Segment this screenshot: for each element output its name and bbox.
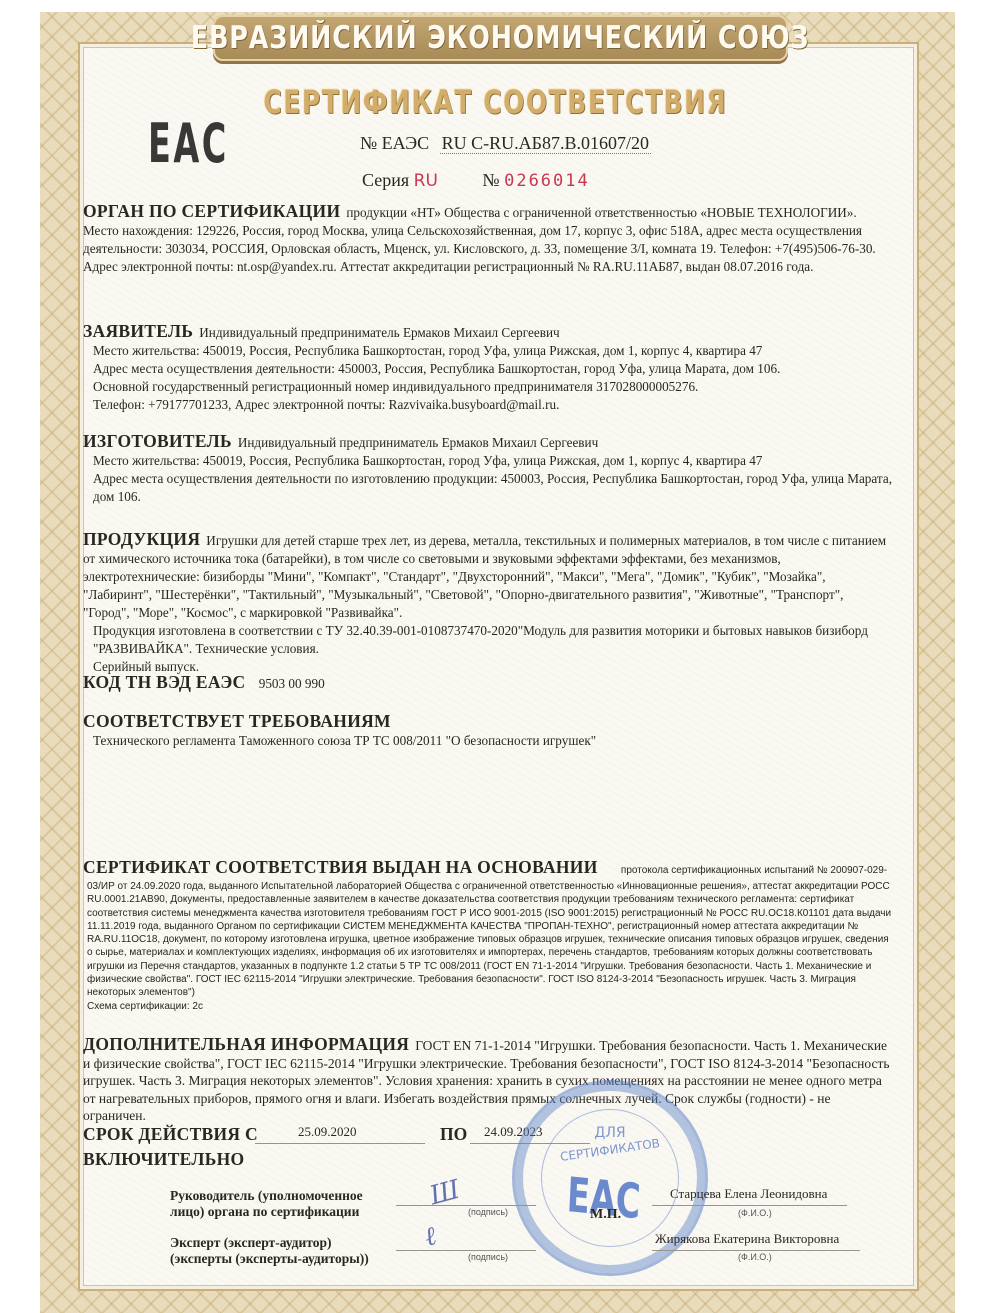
head-label-line2: лицо) органа по сертификации [170,1204,363,1220]
product-spec: Продукция изготовлена в соответствии с Т… [93,622,893,658]
complies-text: Технического регламента Таможенного союз… [83,732,893,750]
eac-logo-icon: ЕАС [148,112,229,175]
head-label-line1: Руководитель (уполномоченное [170,1188,363,1204]
validity-to-label: ПО [440,1124,467,1145]
validity-inclusive-label: ВКЛЮЧИТЕЛЬНО [83,1149,244,1169]
expert-signature-line [396,1250,536,1251]
section-complies: СООТВЕТСТВУЕТ ТРЕБОВАНИЯМ Технического р… [83,712,893,750]
series-value: RU [414,171,438,191]
applicant-line: Телефон: +79177701233, Адрес электронной… [93,396,893,414]
section-heading: ИЗГОТОВИТЕЛЬ [83,431,232,451]
section-heading: ОРГАН ПО СЕРТИФИКАЦИИ [83,201,340,221]
union-banner: ЕВРАЗИЙСКИЙ ЭКОНОМИЧЕСКИЙ СОЮЗ [213,15,788,61]
union-name: ЕВРАЗИЙСКИЙ ЭКОНОМИЧЕСКИЙ СОЮЗ [191,20,809,56]
expert-label-line2: (эксперты (эксперты-аудиторы)) [170,1251,369,1267]
section-heading: ПРОДУКЦИЯ [83,529,200,549]
section-additional: ДОПОЛНИТЕЛЬНАЯ ИНФОРМАЦИЯГОСТ EN 71-1-20… [83,1036,893,1125]
section-heading: ЗАЯВИТЕЛЬ [83,321,193,341]
tn-ved-code: 9503 00 990 [259,676,325,691]
expert-label-line1: Эксперт (эксперт-аудитор) [170,1235,369,1251]
validity-from-label: СРОК ДЕЙСТВИЯ С [83,1124,258,1144]
section-manufacturer: ИЗГОТОВИТЕЛЬИндивидуальный предпринимате… [83,432,893,506]
section-basis: СЕРТИФИКАТ СООТВЕТСТВИЯ ВЫДАН НА ОСНОВАН… [83,858,893,878]
section-heading: КОД ТН ВЭД ЕАЭС [83,672,245,692]
section-product: ПРОДУКЦИЯИгрушки для детей старше трех л… [83,530,893,676]
product-text: Игрушки для детей старше трех лет, из де… [83,533,886,620]
name-caption: (Ф.И.О.) [738,1208,772,1218]
section-heading: ДОПОЛНИТЕЛЬНАЯ ИНФОРМАЦИЯ [83,1034,409,1054]
section-heading: СЕРТИФИКАТ СООТВЕТСТВИЯ ВЫДАН НА ОСНОВАН… [83,857,598,877]
signature-caption: (подпись) [468,1207,508,1217]
number-value: RU С-RU.АБ87.В.01607/20 [440,133,651,154]
serial-value: 0266014 [504,171,590,191]
section-tn-ved: КОД ТН ВЭД ЕАЭС 9503 00 990 [83,673,893,693]
number-label: № ЕАЭС [360,133,429,153]
applicant-name: Индивидуальный предприниматель Ермаков М… [199,325,559,340]
certificate-number: № ЕАЭС RU С-RU.АБ87.В.01607/20 [360,133,651,154]
section-heading: СООТВЕТСТВУЕТ ТРЕБОВАНИЯМ [83,711,391,731]
manufacturer-line: Место жительства: 450019, Россия, Респуб… [93,452,893,470]
head-name-line [652,1205,847,1206]
serial-label: № [482,170,499,190]
manufacturer-name: Индивидуальный предприниматель Ермаков М… [238,435,598,450]
stamp-place-label: М.П. [590,1207,621,1223]
signature-caption: (подпись) [468,1252,508,1262]
manufacturer-line: Адрес места осуществления деятельности п… [93,470,893,506]
head-signature-line [396,1205,536,1206]
head-name: Старцева Елена Леонидовна [670,1186,827,1202]
series-label: Серия [362,170,409,190]
section-applicant: ЗАЯВИТЕЛЬИндивидуальный предприниматель … [83,322,893,414]
applicant-line: Основной государственный регистрационный… [93,378,893,396]
applicant-line: Место жительства: 450019, Россия, Респуб… [93,342,893,360]
validity-from-date: 25.09.2020 [298,1124,357,1140]
section-cert-body: ОРГАН ПО СЕРТИФИКАЦИИпродукции «НТ» Обще… [83,202,893,276]
document-title-text: СЕРТИФИКАТ СООТВЕТСТВИЯ [263,83,727,121]
validity-from-underline [255,1143,425,1144]
expert-label: Эксперт (эксперт-аудитор) (эксперты (экс… [170,1235,369,1267]
head-label: Руководитель (уполномоченное лицо) орган… [170,1188,363,1220]
basis-scheme: Схема сертификации: 2с [87,1000,897,1013]
expert-name-line [652,1250,860,1251]
expert-name: Жирякова Екатерина Викторовна [655,1231,839,1247]
applicant-line: Адрес места осуществления деятельности: … [93,360,893,378]
series-line: Серия RU № 0266014 [362,170,590,191]
basis-text-block: 03/ИР от 24.09.2020 года, выданного Испы… [87,880,897,1013]
basis-text: 03/ИР от 24.09.2020 года, выданного Испы… [87,881,891,998]
validity-inclusive: ВКЛЮЧИТЕЛЬНО [83,1150,893,1170]
basis-first-line: протокола сертификационных испытаний № 2… [621,865,887,876]
name-caption: (Ф.И.О.) [738,1252,772,1262]
